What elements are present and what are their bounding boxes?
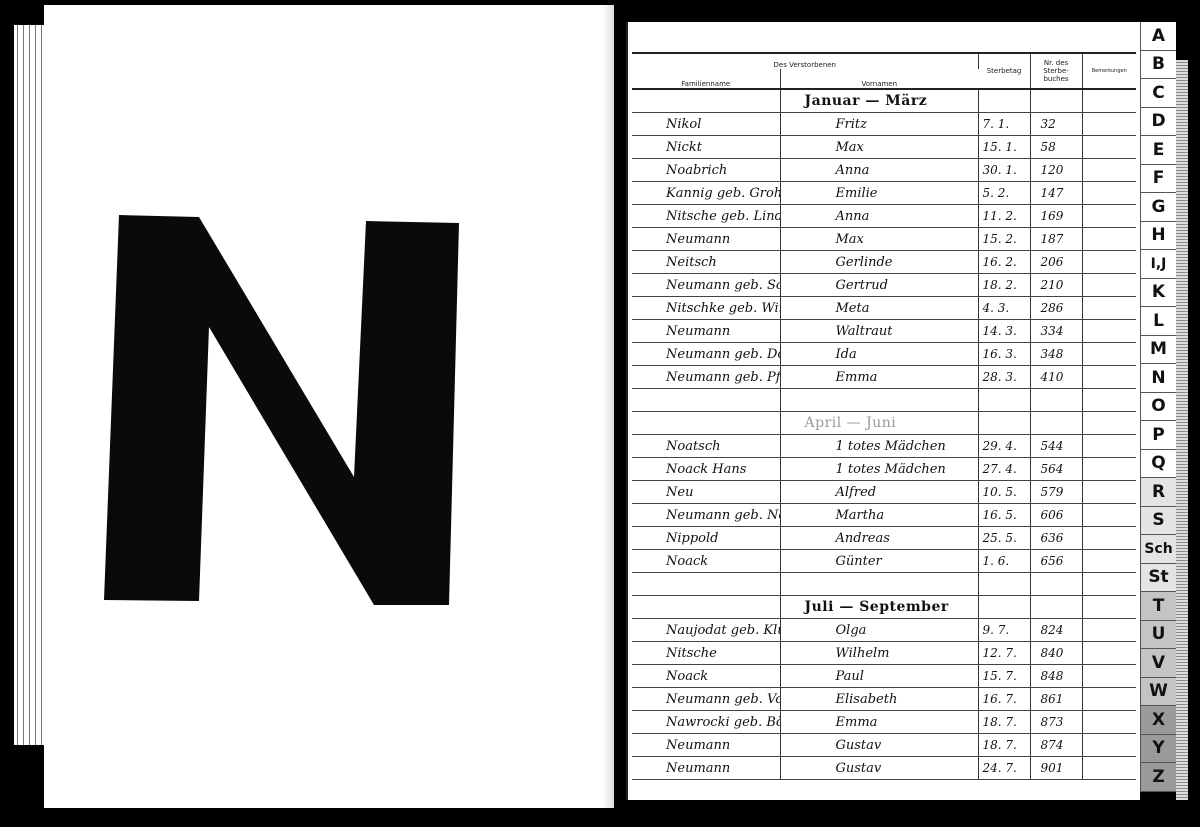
vornamen-cell: Emma [780,711,978,734]
index-tab-v[interactable]: V [1140,649,1176,678]
bemerkungen-cell [1082,113,1136,136]
vornamen-cell: Anna [780,205,978,228]
index-tab-k[interactable]: K [1140,279,1176,308]
nr-cell: 579 [1030,481,1082,504]
bemerkungen-cell [1082,527,1136,550]
nr-cell: 58 [1030,136,1082,159]
sterbetag-cell: 18. 2. [978,274,1030,297]
left-page: N [44,5,614,808]
familienname-cell: Neumann geb. Voß [632,688,780,711]
table-row: Neumann geb. NeugebauerMartha16. 5.606 [632,504,1136,527]
nr-cell: 636 [1030,527,1082,550]
nr-cell: 656 [1030,550,1082,573]
familienname-cell: Nippold [632,527,780,550]
nr-cell: 824 [1030,619,1082,642]
nr-cell: 606 [1030,504,1082,527]
index-tab-w[interactable]: W [1140,678,1176,707]
sterbetag-cell: 10. 5. [978,481,1030,504]
index-tab-ij[interactable]: I,J [1140,250,1176,279]
col-header-familienname: Familienname [632,69,780,89]
familienname-cell: Kannig geb. Groh [632,182,780,205]
bemerkungen-cell [1082,757,1136,780]
sterbetag-cell: 25. 5. [978,527,1030,550]
sterbetag-cell: 24. 7. [978,757,1030,780]
nr-cell: 861 [1030,688,1082,711]
index-tab-e[interactable]: E [1140,136,1176,165]
table-row: NeuAlfred10. 5.579 [632,481,1136,504]
bemerkungen-cell [1082,688,1136,711]
bemerkungen-cell [1082,734,1136,757]
alphabet-index-tabs: ABCDEFGHI,JKLMNOPQRSSchStTUVWXYZ [1140,22,1176,792]
familienname-cell: Neumann [632,734,780,757]
vornamen-cell: Andreas [780,527,978,550]
section-heading-row: April — Juni [632,412,1136,435]
index-tab-st[interactable]: St [1140,564,1176,593]
table-row: NoabrichAnna30. 1.120 [632,159,1136,182]
familienname-cell: Neumann [632,228,780,251]
section-title: April — Juni [780,412,978,435]
blank-row [632,389,1136,412]
table-row: Nawrocki geb. BöhmEmma18. 7.873 [632,711,1136,734]
familienname-cell: Neumann [632,320,780,343]
table-row: NippoldAndreas25. 5.636 [632,527,1136,550]
nr-cell: 410 [1030,366,1082,389]
index-tab-r[interactable]: R [1140,478,1176,507]
vornamen-cell: Meta [780,297,978,320]
table-row: Noack Hans1 totes Mädchen27. 4.564 [632,458,1136,481]
vornamen-cell: 1 totes Mädchen [780,435,978,458]
vornamen-cell: Wilhelm [780,642,978,665]
table-row: NeumannGustav24. 7.901 [632,757,1136,780]
sterbetag-cell: 1. 6. [978,550,1030,573]
nr-cell: 147 [1030,182,1082,205]
table-row: Nitschke geb. WinklerMeta4. 3.286 [632,297,1136,320]
table-row: NeumannGustav18. 7.874 [632,734,1136,757]
index-tab-u[interactable]: U [1140,621,1176,650]
bemerkungen-cell [1082,550,1136,573]
index-tab-n[interactable]: N [1140,364,1176,393]
table-row: NeitschGerlinde16. 2.206 [632,251,1136,274]
nr-cell: 544 [1030,435,1082,458]
sterbetag-cell: 5. 2. [978,182,1030,205]
vornamen-cell: Gertrud [780,274,978,297]
nr-cell: 334 [1030,320,1082,343]
vornamen-cell: Günter [780,550,978,573]
sterbetag-cell: 7. 1. [978,113,1030,136]
bemerkungen-cell [1082,619,1136,642]
page-stack-edge [14,25,44,745]
section-title: Januar — März [780,89,978,113]
vornamen-cell: Alfred [780,481,978,504]
nr-cell: 848 [1030,665,1082,688]
familienname-cell: Noack Hans [632,458,780,481]
scan-border [0,0,14,345]
bemerkungen-cell [1082,481,1136,504]
nr-cell: 206 [1030,251,1082,274]
nr-cell: 840 [1030,642,1082,665]
familienname-cell: Neumann geb. Doll [632,343,780,366]
nr-cell: 564 [1030,458,1082,481]
nr-cell: 32 [1030,113,1082,136]
index-tab-g[interactable]: G [1140,193,1176,222]
familienname-cell: Nickt [632,136,780,159]
index-tab-q[interactable]: Q [1140,450,1176,479]
table-row: Neumann geb. PflanzerEmma28. 3.410 [632,366,1136,389]
sterbetag-cell: 16. 3. [978,343,1030,366]
vornamen-cell: Paul [780,665,978,688]
vornamen-cell: 1 totes Mädchen [780,458,978,481]
sterbetag-cell: 16. 5. [978,504,1030,527]
bemerkungen-cell [1082,320,1136,343]
vornamen-cell: Max [780,136,978,159]
table-row: Neumann geb. SchröderGertrud18. 2.210 [632,274,1136,297]
sterbetag-cell: 15. 1. [978,136,1030,159]
index-tab-d[interactable]: D [1140,108,1176,137]
sterbetag-cell: 30. 1. [978,159,1030,182]
familienname-cell: Noabrich [632,159,780,182]
familienname-cell: Nikol [632,113,780,136]
bemerkungen-cell [1082,435,1136,458]
table-row: Noatsch1 totes Mädchen29. 4.544 [632,435,1136,458]
table-row: NeumannWaltraut14. 3.334 [632,320,1136,343]
index-tab-l[interactable]: L [1140,307,1176,336]
sterbetag-cell: 15. 7. [978,665,1030,688]
col-header-sterbetag: Sterbetag [978,53,1030,89]
table-row: Nitsche geb. LindermannAnna11. 2.169 [632,205,1136,228]
vornamen-cell: Olga [780,619,978,642]
sterbetag-cell: 12. 7. [978,642,1030,665]
group-header: Des Verstorbenen [632,53,978,69]
index-tab-z[interactable]: Z [1140,763,1176,792]
tab-stack-edge [1176,60,1188,800]
bemerkungen-cell [1082,228,1136,251]
familienname-cell: Neumann geb. Pflanzer [632,366,780,389]
familienname-cell: Nitsche [632,642,780,665]
familienname-cell: Neitsch [632,251,780,274]
familienname-cell: Nawrocki geb. Böhm [632,711,780,734]
bemerkungen-cell [1082,251,1136,274]
bemerkungen-cell [1082,504,1136,527]
right-page: Des Verstorbenen Sterbetag Nr. des Sterb… [626,22,1140,800]
table-row: NikolFritz7. 1.32 [632,113,1136,136]
familienname-cell: Neu [632,481,780,504]
col-header-nr: Nr. des Sterbe-buches [1030,53,1082,89]
bemerkungen-cell [1082,642,1136,665]
section-heading-row: Juli — September [632,596,1136,619]
familienname-cell: Nitschke geb. Winkler [632,297,780,320]
sterbetag-cell: 16. 2. [978,251,1030,274]
fold-shadow [602,5,614,808]
table-row: NitscheWilhelm12. 7.840 [632,642,1136,665]
index-tab-c[interactable]: C [1140,79,1176,108]
sterbetag-cell: 14. 3. [978,320,1030,343]
nr-cell: 169 [1030,205,1082,228]
familienname-cell: Neumann geb. Neugebauer [632,504,780,527]
sterbetag-cell: 18. 7. [978,711,1030,734]
table-row: Kannig geb. GrohEmilie5. 2.147 [632,182,1136,205]
vornamen-cell: Ida [780,343,978,366]
bemerkungen-cell [1082,665,1136,688]
bemerkungen-cell [1082,136,1136,159]
vornamen-cell: Max [780,228,978,251]
sterbetag-cell: 16. 7. [978,688,1030,711]
familienname-cell: Nitsche geb. Lindermann [632,205,780,228]
table-row: NoackPaul15. 7.848 [632,665,1136,688]
vornamen-cell: Emilie [780,182,978,205]
index-tab-s[interactable]: S [1140,507,1176,536]
index-tab-x[interactable]: X [1140,706,1176,735]
col-header-vornamen: Vornamen [780,69,978,89]
section-heading-row: Januar — März [632,89,1136,113]
vornamen-cell: Emma [780,366,978,389]
table-row: Neumann geb. DollIda16. 3.348 [632,343,1136,366]
section-title: Juli — September [780,596,978,619]
bemerkungen-cell [1082,297,1136,320]
index-tab-b[interactable]: B [1140,51,1176,80]
table-row: NeumannMax15. 2.187 [632,228,1136,251]
nr-cell: 210 [1030,274,1082,297]
vornamen-cell: Gerlinde [780,251,978,274]
nr-cell: 120 [1030,159,1082,182]
sterbetag-cell: 4. 3. [978,297,1030,320]
vornamen-cell: Gustav [780,734,978,757]
nr-cell: 286 [1030,297,1082,320]
index-tab-o[interactable]: O [1140,393,1176,422]
familienname-cell: Noack [632,665,780,688]
vornamen-cell: Gustav [780,757,978,780]
familienname-cell: Neumann [632,757,780,780]
index-letter-graphic: N [104,215,474,605]
familienname-cell: Naujodat geb. Kluczinske [632,619,780,642]
index-tab-y[interactable]: Y [1140,735,1176,764]
index-tab-h[interactable]: H [1140,222,1176,251]
familienname-cell: Noack [632,550,780,573]
col-header-bemerkungen: Bemerkungen [1082,53,1136,89]
bemerkungen-cell [1082,343,1136,366]
bemerkungen-cell [1082,711,1136,734]
vornamen-cell: Elisabeth [780,688,978,711]
index-tab-t[interactable]: T [1140,592,1176,621]
index-tab-m[interactable]: M [1140,336,1176,365]
table-row: NoackGünter1. 6.656 [632,550,1136,573]
blank-row [632,573,1136,596]
vornamen-cell: Waltraut [780,320,978,343]
familienname-cell: Noatsch [632,435,780,458]
index-tab-f[interactable]: F [1140,165,1176,194]
sterbetag-cell: 18. 7. [978,734,1030,757]
nr-cell: 348 [1030,343,1082,366]
vornamen-cell: Martha [780,504,978,527]
nr-cell: 873 [1030,711,1082,734]
sterbetag-cell: 11. 2. [978,205,1030,228]
sterbetag-cell: 27. 4. [978,458,1030,481]
sterbetag-cell: 28. 3. [978,366,1030,389]
bemerkungen-cell [1082,205,1136,228]
ledger-body: Januar — MärzNikolFritz7. 1.32NicktMax15… [632,89,1136,780]
vornamen-cell: Fritz [780,113,978,136]
bemerkungen-cell [1082,458,1136,481]
nr-cell: 874 [1030,734,1082,757]
bemerkungen-cell [1082,366,1136,389]
sterbetag-cell: 29. 4. [978,435,1030,458]
death-register-table: Des Verstorbenen Sterbetag Nr. des Sterb… [632,52,1136,780]
nr-cell: 901 [1030,757,1082,780]
table-row: Naujodat geb. KluczinskeOlga9. 7.824 [632,619,1136,642]
sterbetag-cell: 9. 7. [978,619,1030,642]
bemerkungen-cell [1082,274,1136,297]
sterbetag-cell: 15. 2. [978,228,1030,251]
index-tab-sch[interactable]: Sch [1140,535,1176,564]
index-tab-p[interactable]: P [1140,421,1176,450]
bemerkungen-cell [1082,159,1136,182]
familienname-cell: Neumann geb. Schröder [632,274,780,297]
nr-cell: 187 [1030,228,1082,251]
table-row: Neumann geb. VoßElisabeth16. 7.861 [632,688,1136,711]
bemerkungen-cell [1082,182,1136,205]
vornamen-cell: Anna [780,159,978,182]
index-tab-a[interactable]: A [1140,22,1176,51]
table-row: NicktMax15. 1.58 [632,136,1136,159]
